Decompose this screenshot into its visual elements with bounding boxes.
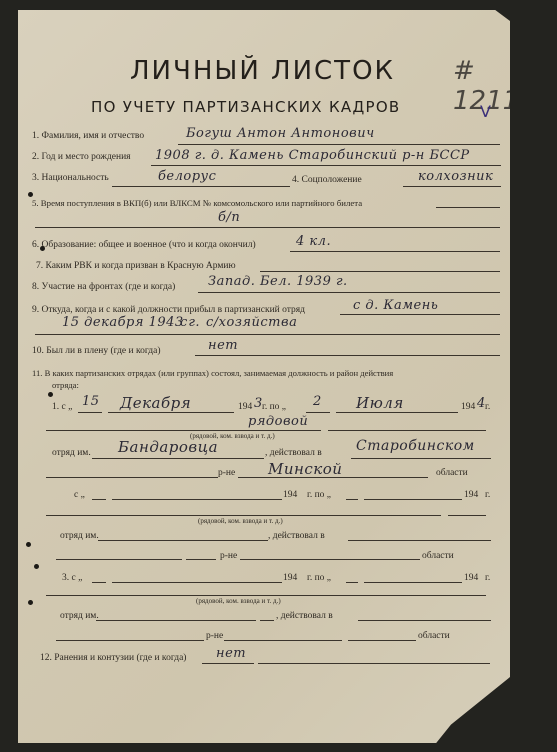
det3-position-hint: (рядовой, ком. взвода и т. д.) [196,597,281,605]
det2-district-label: р-не [220,551,237,561]
field-line [92,582,106,583]
field-label-birth: 2. Год и место рождения [32,152,131,162]
field-line [198,292,500,293]
page-subtitle: ПО УЧЕТУ ПАРТИЗАНСКИХ КАДРОВ [91,98,401,116]
field-line [348,540,491,541]
det3-to-label: г. по „ [307,573,331,583]
check-mark-icon: V [480,102,491,121]
field-value-birth: 1908 г. д. Камень Старобинский р-н БССР [155,148,470,163]
field-line [46,477,218,478]
det3-year-suffix: г. [485,573,490,583]
det3-district-label: р-не [206,631,223,641]
field-line [348,640,416,641]
field-line [46,515,441,516]
field-line [240,559,420,560]
punch-hole-icon [28,192,33,197]
det3-to-year-prefix: 194 [464,573,478,583]
field-value-party: б/п [218,210,240,225]
field-value-education: 4 кл. [296,234,331,249]
det1-to-year-prefix: 194 [461,402,475,412]
det3-from-year-prefix: 194 [283,573,297,583]
det1-detachment-label: отряд им. [52,448,91,458]
det1-from-label: 1. с „ [52,402,72,412]
field-value-name: Богуш Антон Антонович [186,126,375,141]
field-line [358,620,491,621]
field-line [260,620,274,621]
field-label-detachments-2: отряда: [52,380,79,390]
punch-hole-icon [40,246,45,251]
field-label-arrival: 9. Откуда, когда и с какой должности при… [32,305,305,315]
field-label-captivity: 10. Был ли в плену (где и когда) [32,346,161,356]
field-line [46,430,321,431]
field-line [178,144,500,145]
punch-hole-icon [26,542,31,547]
field-value-arrival-1: с д. Камень [353,298,438,313]
field-line [436,207,500,208]
field-line [151,165,501,166]
field-line [403,186,501,187]
det1-from-month: Декабря [120,394,191,412]
field-value-fronts: Запад. Бел. 1939 г. [208,274,348,289]
document-page: ЛИЧНЫЙ ЛИСТОК # 1211 ПО УЧЕТУ ПАРТИЗАНСК… [18,10,510,743]
det1-to-label: г. по „ [262,402,286,412]
det1-to-day: 2 [313,394,322,409]
field-line [351,458,491,459]
det1-detachment: Бандаровца [118,438,218,456]
field-label-social: 4. Соцположение [292,175,362,185]
field-line [340,314,500,315]
field-line [258,663,490,664]
field-value-captivity: нет [208,338,238,353]
det1-operated: Старобинском [356,438,475,454]
field-line [195,355,500,356]
field-value-social: колхозник [418,169,493,184]
det2-to-year-prefix: 194 [464,490,478,500]
det3-operated-label: , действовал в [276,611,333,621]
field-line [202,663,254,664]
field-value-arrival-4: с/хозяйства [206,315,297,330]
field-line [98,540,268,541]
field-line [78,412,102,413]
field-line [92,499,106,500]
field-value-arrival-3: с [180,315,188,330]
punch-hole-icon [34,564,39,569]
field-line [112,499,282,500]
field-line [260,271,500,272]
field-line [306,412,330,413]
field-line [224,640,342,641]
det2-from-year-prefix: 194 [283,490,297,500]
det1-district-label: р-не [218,468,235,478]
field-line [186,559,216,560]
det3-region-label: области [418,631,450,641]
field-line [112,186,290,187]
field-line [346,582,358,583]
field-line [92,458,264,459]
det2-position-hint: (рядовой, ком. взвода и т. д.) [198,517,283,525]
det2-detachment-label: отряд им. [60,531,99,541]
det2-year-suffix: г. [485,490,490,500]
field-line [35,334,500,335]
field-line [364,582,462,583]
field-line [328,430,486,431]
det2-region-label: области [422,551,454,561]
det2-operated-label: , действовал в [268,531,325,541]
field-line [56,640,204,641]
field-line [112,582,282,583]
field-line [46,595,486,596]
field-line [346,499,358,500]
det3-from-label: 3. с „ [62,573,82,583]
field-label-nationality: 3. Национальность [32,173,109,183]
det2-from-label: с „ [74,490,85,500]
field-line [364,499,462,500]
punch-hole-icon [48,392,53,397]
det1-from-year-prefix: 194 [238,402,252,412]
det1-to-month: Июля [356,394,404,412]
field-line [290,251,500,252]
det1-operated-label: , действовал в [265,448,322,458]
page-title: ЛИЧНЫЙ ЛИСТОК [130,56,395,86]
field-line [448,515,486,516]
det1-region: Минской [268,460,342,478]
field-label-draft: 7. Каким РВК и когда призван в Красную А… [36,261,236,271]
det3-detachment-label: отряд им. [60,611,99,621]
field-label-party: 5. Время поступления в ВКП(б) или ВЛКСМ … [32,198,362,208]
det2-to-label: г. по „ [307,490,331,500]
field-line [35,227,500,228]
punch-hole-icon [28,600,33,605]
field-label-wounds: 12. Ранения и контузии (где и когда) [40,653,186,663]
field-line [108,412,234,413]
field-line [96,620,256,621]
field-label-education: 6. Образование: общее и военное (что и к… [32,240,256,250]
field-value-wounds: нет [216,646,246,661]
field-label-name: 1. Фамилия, имя и отчество [32,131,144,141]
field-value-nationality: белорус [158,169,216,184]
field-line [336,412,458,413]
field-label-detachments: 11. В каких партизанских отрядах (или гр… [32,368,393,378]
det1-from-day: 15 [82,394,100,409]
field-line [56,559,182,560]
det1-region-label: области [436,468,468,478]
det1-position: рядовой [248,414,308,429]
field-label-fronts: 8. Участие на фронтах (где и когда) [32,282,175,292]
det1-year-suffix: г. [485,402,490,412]
